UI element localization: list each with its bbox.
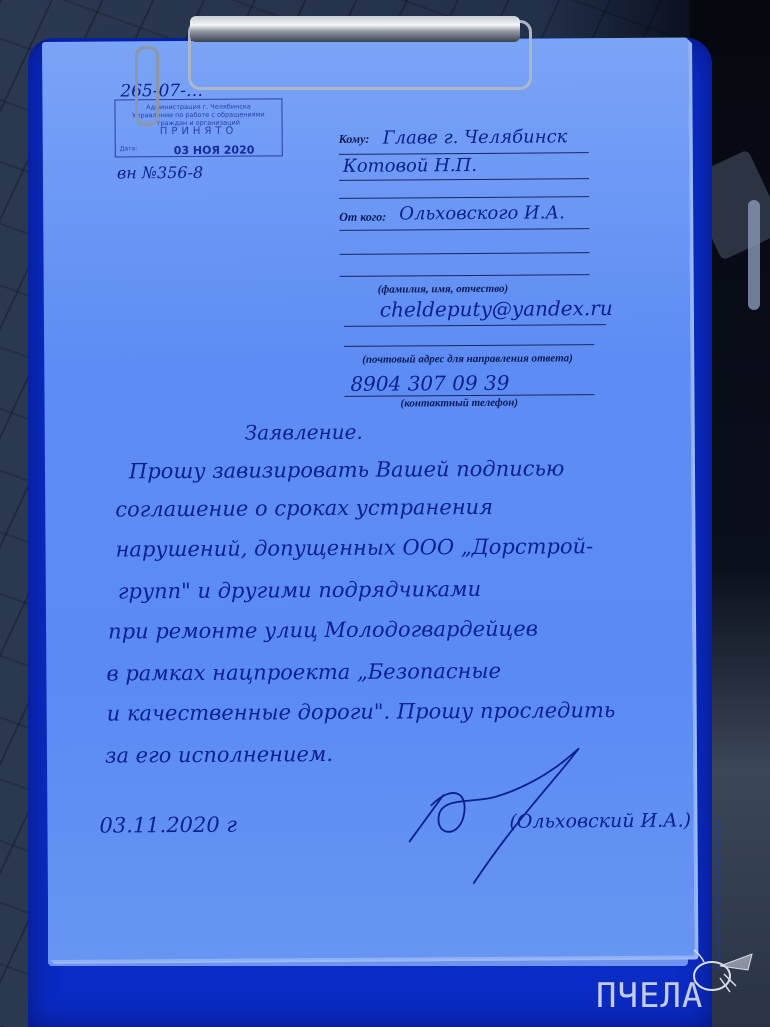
- stamp-title: ПРИНЯТО: [116, 127, 282, 136]
- phone-value: 8904 307 09 39: [350, 371, 509, 396]
- body-line-3: нарушений, допущенных ООО „Дорстрой-: [115, 534, 593, 561]
- rule-to-2: [339, 178, 589, 181]
- rule-from-3: [340, 274, 590, 277]
- to-recipient-line1: Главе г. Челябинск: [383, 126, 568, 148]
- strap-band: [748, 200, 760, 310]
- rule-email-2: [344, 344, 594, 347]
- to-label: Кому:: [339, 132, 370, 147]
- phone-caption: (контактный телефон): [400, 397, 518, 410]
- name-caption: (фамилия, имя, отчество): [378, 283, 508, 296]
- rule-from-2: [339, 252, 589, 255]
- body-line-7: и качественные дороги". Прошу проследить: [107, 698, 616, 726]
- from-label: От кого:: [339, 210, 386, 225]
- body-line-6: в рамках нацпроекта „Безопасные: [106, 659, 501, 686]
- paperclip: [135, 46, 159, 126]
- body-line-2: соглашение о сроках устранения: [115, 495, 493, 522]
- rule-to-3: [339, 196, 589, 199]
- email-caption: (почтовый адрес для направления ответа): [362, 352, 573, 365]
- rule-email-1: [344, 324, 606, 327]
- application-title: Заявление.: [245, 420, 363, 445]
- incoming-number: вн №356-8: [117, 163, 203, 183]
- body-line-8: за его исполнением.: [105, 742, 333, 768]
- watermark-logo: ПЧЕЛА: [596, 976, 703, 1016]
- signature-name: (Ольховский И.А.): [509, 809, 691, 832]
- application-date: 03.11.2020 г: [99, 813, 237, 838]
- to-recipient-line2: Котовой Н.П.: [343, 155, 477, 177]
- from-value: Ольховского И.А.: [399, 202, 565, 224]
- rule-from-1: [339, 228, 589, 231]
- body-line-4: групп" и другими подрядчиками: [118, 577, 481, 604]
- stamp-date: 03 НОЯ 2020: [174, 147, 255, 156]
- stamp-date-label: Дата:: [120, 145, 138, 153]
- email-value: cheldeputy@yandex.ru: [380, 296, 613, 322]
- body-line-5: при ремонте улиц Молодогвардейцев: [108, 617, 538, 644]
- body-line-1: Прошу завизировать Вашей подписью: [129, 456, 565, 483]
- application-sheet: 265-07-… Администрация г. Челябинска Упр…: [42, 37, 694, 959]
- clipboard-clip: [190, 16, 520, 42]
